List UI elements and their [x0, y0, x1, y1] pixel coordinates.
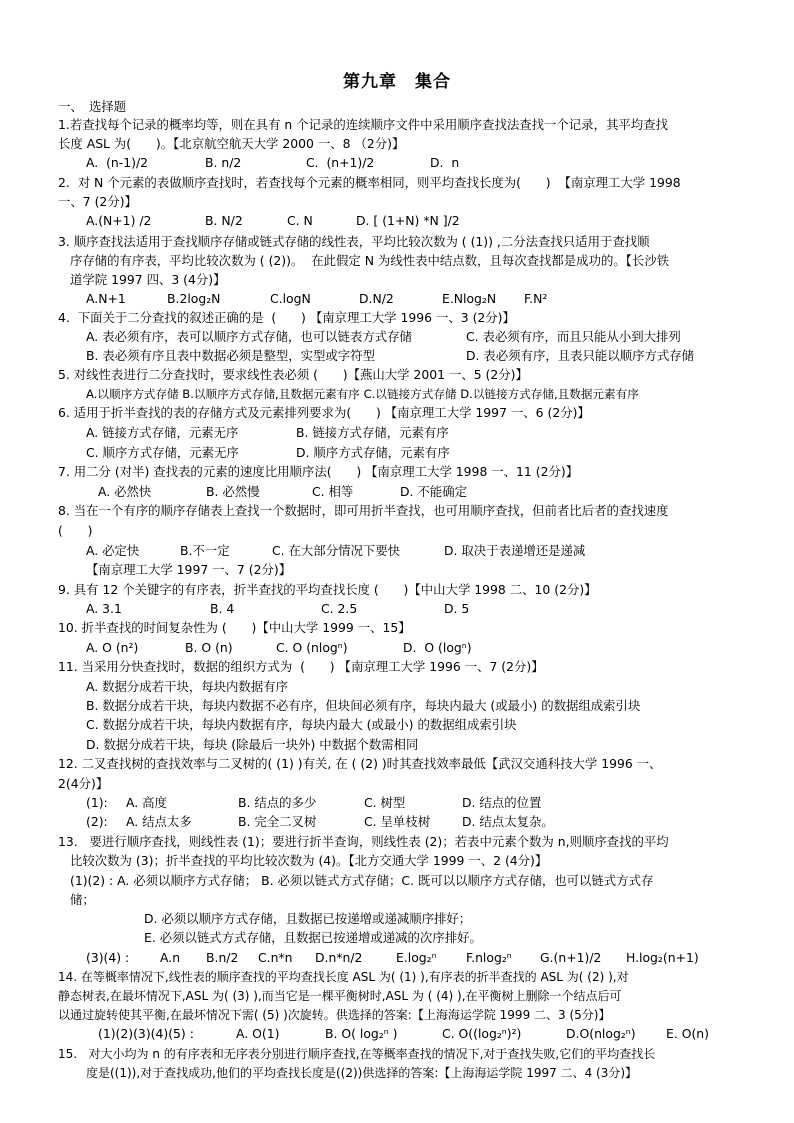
q3-stem-line1: 3. 顺序查找法适用于查找顺序存储或链式存储的线性表，平均比较次数为 ( (1)… [58, 234, 650, 250]
q7-option-a: A. 必然快 [98, 484, 151, 500]
q2-stem-line2: 一、7 (2分)】 [58, 194, 137, 210]
q13-group34-option-e: E.log₂ⁿ [396, 950, 437, 966]
q8-source: 【南京理工大学 1997 一、7 (2分)】 [86, 562, 291, 578]
q8-option-a: A. 必定快 [86, 543, 139, 559]
q3-option-b: B.2log₂N [167, 291, 220, 307]
chapter-title: 第九章 集合 [0, 67, 794, 92]
q4-option-b: B. 表必须有序且表中数据必须是整型，实型或字符型 [86, 348, 375, 364]
q11-stem: 11. 当采用分快查找时，数据的组织方式为 ( ) 【南京理工大学 1996 一… [58, 659, 544, 675]
q5-options: A.以顺序方式存储 B.以顺序方式存储,且数据元素有序 C.以链接方式存储 D.… [86, 386, 639, 402]
q4-option-d: D. 表必须有序，且表只能以顺序方式存储 [466, 348, 694, 364]
q11-option-b: B. 数据分成若干块，每块内数据不必有序，但块间必须有序，每块内最大 (或最小)… [86, 698, 640, 714]
q13-group34-label: (3)(4) : [86, 950, 129, 966]
q6-option-a: A. 链接方式存储，元素无序 [86, 425, 238, 441]
q15-stem-line1: 15. 对大小均为 n 的有序表和无序表分别进行顺序查找,在等概率查找的情况下,… [58, 1046, 655, 1062]
q13-option-e: E. 必须以链式方式存储，且数据已按递增或递减的次序排好。 [144, 930, 482, 946]
q14-option-b: B. O( log₂ⁿ ) [325, 1026, 397, 1042]
q3-option-c: C.logN [270, 291, 311, 307]
q12-group2-option-d: D. 结点太复杂。 [462, 814, 554, 830]
q12-group2-option-b: B. 完全二叉树 [238, 814, 316, 830]
q8-option-b: B.不一定 [180, 543, 230, 559]
q11-option-c: C. 数据分成若干块，每块内数据有序，每块内最大 (或最小) 的数据组成索引块 [86, 717, 517, 733]
q2-option-b: B. N/2 [205, 213, 243, 229]
q14-stem-line2: 静态树表,在最坏情况下,ASL 为( (3) ),而当它是一棵平衡树时,ASL … [58, 988, 622, 1004]
q12-group2-option-c: C. 呈单枝树 [364, 814, 430, 830]
q14-option-c: C. O((log₂ⁿ)²) [442, 1026, 521, 1042]
q1-stem-line2: 长度 ASL 为( )。【北京航空航天大学 2000 一、8 （2分)】 [58, 136, 404, 152]
q2-option-c: C. N [287, 213, 313, 229]
q9-option-c: C. 2.5 [321, 601, 357, 617]
document-page: 第九章 集合 一、 选择题 1.若查找每个记录的概率均等，则在具有 n 个记录的… [0, 0, 794, 1123]
q12-group1-option-c: C. 树型 [364, 795, 405, 811]
q8-option-d: D. 取决于表递增还是递减 [444, 543, 585, 559]
q13-stem-line1: 13. 要进行顺序查找，则线性表 (1)；要进行折半查询，则线性表 (2)；若表… [58, 834, 669, 850]
q1-option-d: D. n [430, 155, 459, 171]
q7-option-d: D. 不能确定 [400, 484, 467, 500]
q12-stem-line1: 12. 二叉查找树的查找效率与二叉树的( (1) )有关, 在 ( (2) )时… [58, 756, 662, 772]
q8-option-c: C. 在大部分情况下要快 [272, 543, 400, 559]
q3-option-d: D.N/2 [359, 291, 394, 307]
q1-option-b: B. n/2 [205, 155, 241, 171]
q14-group-label: (1)(2)(3)(4)(5) : [98, 1026, 194, 1042]
q13-group34-option-d: D.n*n/2 [315, 950, 362, 966]
q9-option-b: B. 4 [210, 601, 234, 617]
q9-option-d: D. 5 [444, 601, 469, 617]
q9-option-a: A. 3.1 [86, 601, 122, 617]
q13-group34-option-a: A.n [160, 950, 180, 966]
q7-option-b: B. 必然慢 [206, 484, 260, 500]
q10-option-a: A. O (n²) [86, 640, 138, 656]
q2-stem-line1: 2. 对 N 个元素的表做顺序查找时，若查找每个元素的概率相同，则平均查找长度为… [58, 175, 681, 191]
q3-stem-line3: 道学院 1997 四、3 (4分)】 [70, 272, 226, 288]
q12-group1-option-d: D. 结点的位置 [462, 795, 541, 811]
q12-group2-option-a: A. 结点太多 [126, 814, 192, 830]
q3-option-e: E.Nlog₂N [442, 291, 496, 307]
q6-option-c: C. 顺序方式存储，元素无序 [86, 445, 239, 461]
q14-option-d: D.O(nlog₂ⁿ) [566, 1026, 636, 1042]
q1-stem-line1: 1.若查找每个记录的概率均等，则在具有 n 个记录的连续顺序文件中采用顺序查找法… [58, 117, 668, 133]
q13-option-d: D. 必须以顺序方式存储，且数据已按递增或递减顺序排好； [144, 911, 471, 927]
q11-option-d: D. 数据分成若干块，每块 (除最后一块外) 中数据个数需相同 [86, 737, 418, 753]
q8-stem-line1: 8. 当在一个有序的顺序存储表上查找一个数据时，即可用折半查找，也可用顺序查找，… [58, 503, 669, 519]
q15-stem-line2: 度是((1)),对于查找成功,他们的平均查找长度是((2))供选择的答案:【上海… [86, 1065, 637, 1081]
q10-stem: 10. 折半查找的时间复杂性为 ( )【中山大学 1999 一、15】 [58, 620, 411, 636]
q1-option-a: A. (n-1)/2 [86, 155, 148, 171]
q13-group34-option-g: G.(n+1)/2 [540, 950, 601, 966]
q3-stem-line2: 序存储的有序表，平均比较次数为 ( (2))。 在此假定 N 为线性表中结点数，… [70, 253, 669, 269]
q11-option-a: A. 数据分成若干块，每块内数据有序 [86, 679, 288, 695]
section-heading: 一、 选择题 [58, 99, 126, 115]
q2-option-d: D. [ (1+N) *N ]/2 [356, 213, 460, 229]
q2-option-a: A.(N+1) /2 [86, 213, 151, 229]
q6-option-b: B. 链接方式存储，元素有序 [296, 425, 449, 441]
q3-option-a: A.N+1 [86, 291, 126, 307]
q7-stem: 7. 用二分 (对半) 查找表的元素的速度比用顺序法( ) 【南京理工大学 19… [58, 464, 578, 480]
q10-option-c: C. O (nlogⁿ) [276, 640, 348, 656]
q12-group1-option-b: B. 结点的多少 [238, 795, 316, 811]
q4-option-c: C. 表必须有序，而且只能从小到大排列 [466, 329, 681, 345]
q13-group34-option-b: B.n/2 [206, 950, 238, 966]
q13-group34-option-c: C.n*n [258, 950, 293, 966]
q12-group1-option-a: A. 高度 [126, 795, 167, 811]
q4-stem: 4. 下面关于二分查找的叙述正确的是 ( ) 【南京理工大学 1996 一、3 … [58, 310, 515, 326]
q13-group34-option-f: F.nlog₂ⁿ [466, 950, 512, 966]
q5-stem: 5. 对线性表进行二分查找时，要求线性表必须 ( )【燕山大学 2001 一、5… [58, 367, 528, 383]
q14-option-e: E. O(n) [666, 1026, 709, 1042]
q14-stem-line3: 以通过旋转使其平衡,在最坏情况下需( (5) )次旋转。供选择的答案:【上海海运… [58, 1007, 610, 1023]
q12-group2-label: (2): [86, 814, 108, 830]
q6-option-d: D. 顺序方式存储，元素有序 [296, 445, 450, 461]
q12-stem-line2: 2(4分)】 [58, 776, 108, 792]
q4-option-a: A. 表必须有序，表可以顺序方式存储，也可以链表方式存储 [86, 329, 412, 345]
q13-group12-line2: 储； [70, 892, 95, 908]
q9-stem: 9. 具有 12 个关键字的有序表，折半查找的平均查找长度 ( )【中山大学 1… [58, 582, 597, 598]
q10-option-d: D. O (logⁿ) [403, 640, 472, 656]
q13-group12-line1: (1)(2) : A. 必须以顺序方式存储； B. 必须以链式方式存储；C. 既… [70, 873, 653, 889]
q13-stem-line2: 比较次数为 (3)；折半查找的平均比较次数为 (4)。【北方交通大学 1999 … [70, 853, 547, 869]
q12-group1-label: (1): [86, 795, 108, 811]
q14-stem-line1: 14. 在等概率情况下,线性表的顺序查找的平均查找长度 ASL 为( (1) )… [58, 969, 629, 985]
q1-option-c: C. (n+1)/2 [306, 155, 374, 171]
q8-stem-line2: ( ) [58, 523, 92, 539]
q7-option-c: C. 相等 [312, 484, 353, 500]
q6-stem: 6. 适用于折半查找的表的存储方式及元素排列要求为( ) 【南京理工大学 199… [58, 405, 590, 421]
q14-option-a: A. O(1) [236, 1026, 279, 1042]
q3-option-f: F.N² [524, 291, 547, 307]
q10-option-b: B. O (n) [185, 640, 233, 656]
q13-group34-option-h: H.log₂(n+1) [626, 950, 699, 966]
